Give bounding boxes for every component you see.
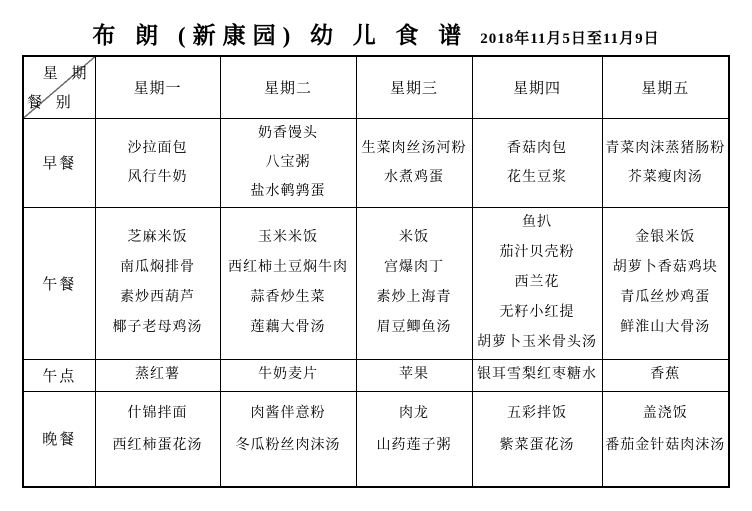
dish-item: 山药莲子粥	[357, 430, 472, 462]
dish-item: 米饭	[357, 223, 472, 253]
dish-item: 素炒上海青	[357, 283, 472, 313]
menu-cell: 苹果	[356, 359, 472, 391]
meal-row-早餐: 早餐沙拉面包风行牛奶奶香馒头八宝粥盐水鹌鹑蛋生菜肉丝汤河粉水煮鸡蛋香菇肉包花生豆…	[23, 118, 729, 207]
dish-item: 紫菜蛋花汤	[473, 430, 602, 462]
dish-item: 西红柿土豆焖牛肉	[221, 253, 356, 283]
day-header-5: 星期五	[602, 56, 729, 118]
corner-week-label: 星 期	[43, 62, 92, 83]
dish-item: 椰子老母鸡汤	[96, 313, 220, 343]
menu-cell: 牛奶麦片	[220, 359, 356, 391]
corner-meal-label: 餐 别	[27, 91, 76, 112]
dish-item: 金银米饭	[603, 223, 729, 253]
dish-item: 青菜肉沫蒸猪肠粉	[603, 134, 729, 163]
day-header-3: 星期三	[356, 56, 472, 118]
meal-row-晚餐: 晚餐什锦拌面西红柿蛋花汤肉酱伴意粉冬瓜粉丝肉沫汤肉龙山药莲子粥五彩拌饭紫菜蛋花汤…	[23, 391, 729, 487]
menu-cell: 什锦拌面西红柿蛋花汤	[95, 391, 220, 487]
menu-cell: 青菜肉沫蒸猪肠粉芥菜瘦肉汤	[602, 118, 729, 207]
corner-cell: 星 期 餐 别	[23, 56, 95, 118]
dish-item: 胡萝卜玉米骨头汤	[473, 328, 602, 358]
dish-item: 芥菜瘦肉汤	[603, 163, 729, 192]
menu-cell: 肉龙山药莲子粥	[356, 391, 472, 487]
dish-item: 香菇肉包	[473, 134, 602, 163]
menu-cell: 沙拉面包风行牛奶	[95, 118, 220, 207]
day-header-4: 星期四	[472, 56, 602, 118]
title-row: 布 朗 (新康园) 幼 儿 食 谱2018年11月5日至11月9日	[0, 17, 752, 50]
dish-item: 无籽小红提	[473, 298, 602, 328]
dish-item: 冬瓜粉丝肉沫汤	[221, 430, 356, 462]
dish-item: 八宝粥	[221, 148, 356, 177]
meal-label: 午餐	[23, 207, 95, 359]
dish-item: 水煮鸡蛋	[357, 163, 472, 192]
menu-cell: 生菜肉丝汤河粉水煮鸡蛋	[356, 118, 472, 207]
menu-cell: 银耳雪梨红枣糖水	[472, 359, 602, 391]
dish-item: 南瓜焖排骨	[96, 253, 220, 283]
dish-item: 风行牛奶	[96, 163, 220, 192]
meal-row-午餐: 午餐芝麻米饭南瓜焖排骨素炒西葫芦椰子老母鸡汤玉米米饭西红柿土豆焖牛肉蒜香炒生菜莲…	[23, 207, 729, 359]
dish-item: 蒸红薯	[96, 360, 220, 390]
day-header-1: 星期一	[95, 56, 220, 118]
dish-item: 沙拉面包	[96, 134, 220, 163]
dish-item: 苹果	[357, 360, 472, 390]
dish-item: 肉龙	[357, 398, 472, 430]
dish-item: 芝麻米饭	[96, 223, 220, 253]
day-header-2: 星期二	[220, 56, 356, 118]
menu-cell: 鱼扒茄汁贝壳粉西兰花无籽小红提胡萝卜玉米骨头汤	[472, 207, 602, 359]
dish-item: 生菜肉丝汤河粉	[357, 134, 472, 163]
dish-item: 银耳雪梨红枣糖水	[473, 360, 602, 390]
dish-item: 宫爆肉丁	[357, 253, 472, 283]
meal-label: 晚餐	[23, 391, 95, 487]
menu-table: 星 期 餐 别 星期一星期二星期三星期四星期五 早餐沙拉面包风行牛奶奶香馒头八宝…	[22, 55, 730, 488]
dish-item: 盐水鹌鹑蛋	[221, 177, 356, 206]
dish-item: 蒜香炒生菜	[221, 283, 356, 313]
dish-item: 香蕉	[603, 360, 729, 390]
menu-body: 早餐沙拉面包风行牛奶奶香馒头八宝粥盐水鹌鹑蛋生菜肉丝汤河粉水煮鸡蛋香菇肉包花生豆…	[23, 118, 729, 487]
meal-row-午点: 午点蒸红薯牛奶麦片苹果银耳雪梨红枣糖水香蕉	[23, 359, 729, 391]
menu-cell: 奶香馒头八宝粥盐水鹌鹑蛋	[220, 118, 356, 207]
dish-item: 胡萝卜香菇鸡块	[603, 253, 729, 283]
date-range: 2018年11月5日至11月9日	[480, 31, 659, 47]
dish-item: 肉酱伴意粉	[221, 398, 356, 430]
menu-cell: 盖浇饭番茄金针菇肉沫汤	[602, 391, 729, 487]
menu-cell: 蒸红薯	[95, 359, 220, 391]
dish-item: 莲藕大骨汤	[221, 313, 356, 343]
menu-cell: 芝麻米饭南瓜焖排骨素炒西葫芦椰子老母鸡汤	[95, 207, 220, 359]
page-title: 布 朗 (新康园) 幼 儿 食 谱	[92, 23, 468, 48]
dish-item: 素炒西葫芦	[96, 283, 220, 313]
dish-item: 五彩拌饭	[473, 398, 602, 430]
dish-item: 牛奶麦片	[221, 360, 356, 390]
dish-item: 茄汁贝壳粉	[473, 238, 602, 268]
menu-cell: 五彩拌饭紫菜蛋花汤	[472, 391, 602, 487]
dish-item: 玉米米饭	[221, 223, 356, 253]
meal-label: 早餐	[23, 118, 95, 207]
dish-item: 奶香馒头	[221, 119, 356, 148]
menu-cell: 香菇肉包花生豆浆	[472, 118, 602, 207]
menu-cell: 金银米饭胡萝卜香菇鸡块青瓜丝炒鸡蛋鲜淮山大骨汤	[602, 207, 729, 359]
menu-cell: 玉米米饭西红柿土豆焖牛肉蒜香炒生菜莲藕大骨汤	[220, 207, 356, 359]
dish-item: 鲜淮山大骨汤	[603, 313, 729, 343]
menu-cell: 香蕉	[602, 359, 729, 391]
table-header-row: 星 期 餐 别 星期一星期二星期三星期四星期五	[23, 56, 729, 118]
menu-cell: 米饭宫爆肉丁素炒上海青眉豆鲫鱼汤	[356, 207, 472, 359]
dish-item: 番茄金针菇肉沫汤	[603, 430, 729, 462]
dish-item: 青瓜丝炒鸡蛋	[603, 283, 729, 313]
dish-item: 花生豆浆	[473, 163, 602, 192]
dish-item: 西兰花	[473, 268, 602, 298]
menu-cell: 肉酱伴意粉冬瓜粉丝肉沫汤	[220, 391, 356, 487]
dish-item: 盖浇饭	[603, 398, 729, 430]
meal-label: 午点	[23, 359, 95, 391]
dish-item: 什锦拌面	[96, 398, 220, 430]
dish-item: 鱼扒	[473, 208, 602, 238]
dish-item: 眉豆鲫鱼汤	[357, 313, 472, 343]
dish-item: 西红柿蛋花汤	[96, 430, 220, 462]
